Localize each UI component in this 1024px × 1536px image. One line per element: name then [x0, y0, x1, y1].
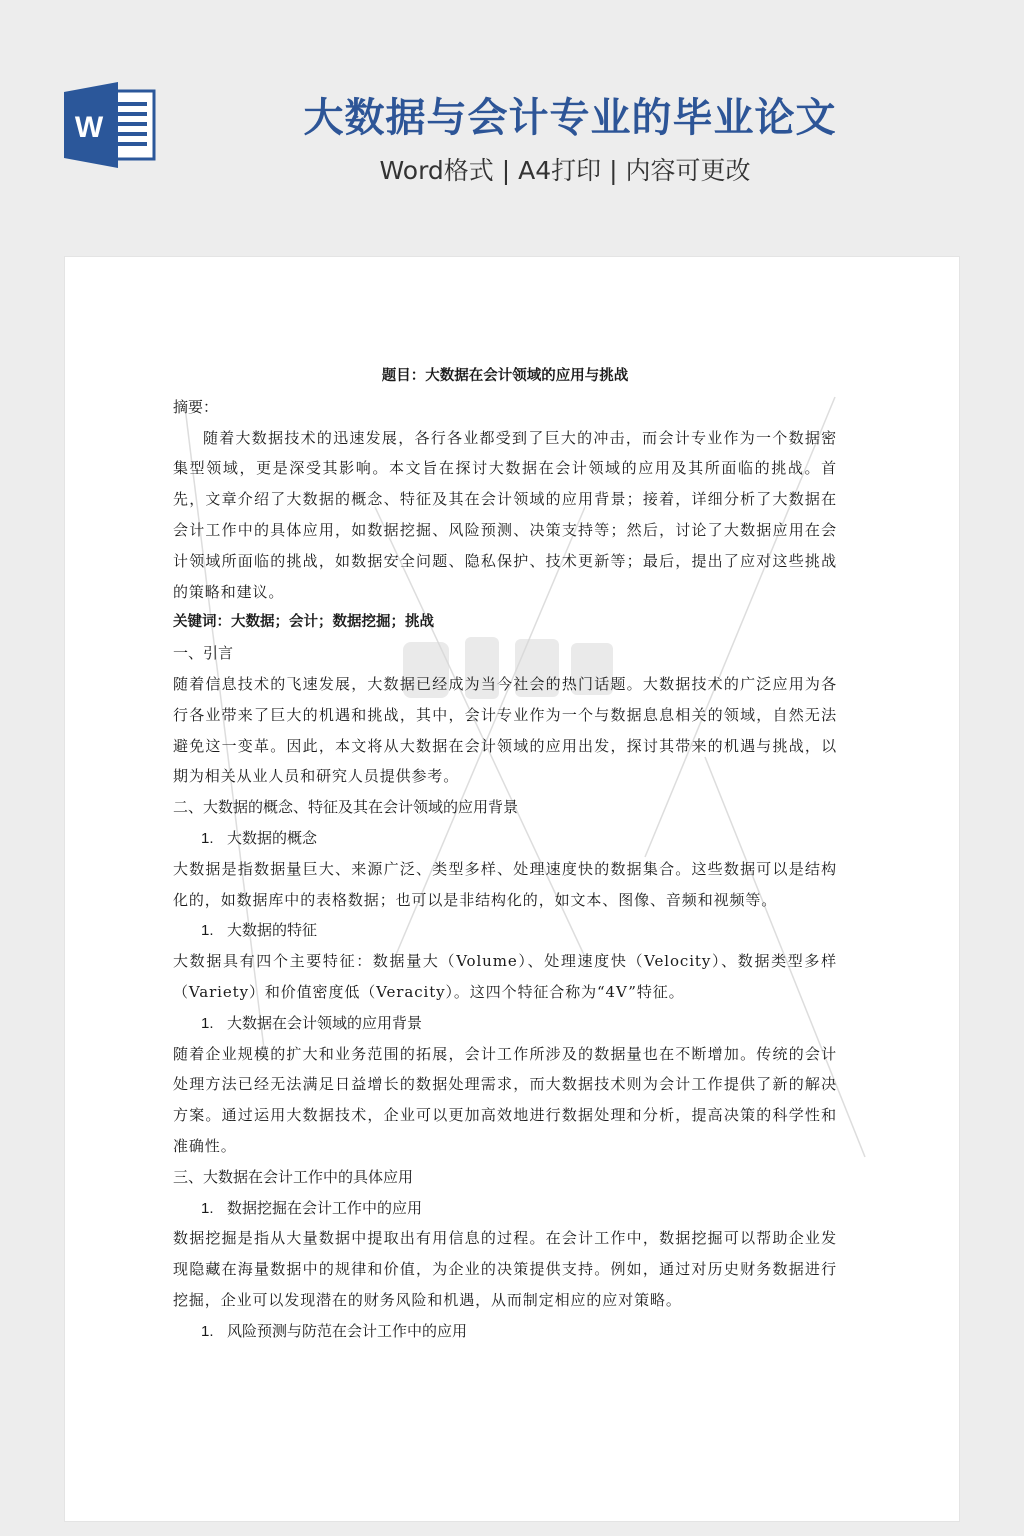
section-paragraph: 随着信息技术的飞速发展，大数据已经成为当今社会的热门话题。大数据技术的广泛应用为…: [173, 669, 837, 792]
subsection-title: 大数据的特征: [227, 921, 317, 939]
section-heading: 一、引言: [173, 638, 837, 669]
subsection-paragraph: 大数据是指数据量巨大、来源广泛、类型多样、处理速度快的数据集合。这些数据可以是结…: [173, 854, 837, 916]
section-heading: 三、大数据在会计工作中的具体应用: [173, 1162, 837, 1193]
list-number: 1.: [201, 916, 227, 947]
section-heading: 二、大数据的概念、特征及其在会计领域的应用背景: [173, 792, 837, 823]
subsection-title: 大数据的概念: [227, 829, 317, 847]
subsection-paragraph: 数据挖掘是指从大量数据中提取出有用信息的过程。在会计工作中，数据挖掘可以帮助企业…: [173, 1223, 837, 1315]
preview-header: W 大数据与会计专业的毕业论文 Word格式 | A4打印 | 内容可更改: [0, 0, 1024, 256]
subsection-heading: 1.大数据的特征: [173, 915, 837, 946]
word-icon: W: [64, 82, 158, 168]
subsection-heading: 1.大数据在会计领域的应用背景: [173, 1008, 837, 1039]
page-title: 大数据与会计专业的毕业论文: [240, 92, 900, 144]
svg-text:W: W: [75, 111, 104, 144]
keywords: 关键词：大数据；会计；数据挖掘；挑战: [173, 607, 837, 638]
list-number: 1.: [201, 1009, 227, 1040]
abstract-paragraph: 随着大数据技术的迅速发展，各行各业都受到了巨大的冲击，而会计专业作为一个数据密集…: [173, 423, 837, 608]
subsection-title: 数据挖掘在会计工作中的应用: [227, 1199, 422, 1217]
subsection-heading: 1.大数据的概念: [173, 823, 837, 854]
page-subtitle: Word格式 | A4打印 | 内容可更改: [260, 152, 870, 190]
subsection-paragraph: 大数据具有四个主要特征：数据量大（Volume）、处理速度快（Velocity）…: [173, 946, 837, 1008]
subsection-title: 风险预测与防范在会计工作中的应用: [227, 1322, 467, 1340]
subsection-paragraph: 随着企业规模的扩大和业务范围的拓展，会计工作所涉及的数据量也在不断增加。传统的会…: [173, 1039, 837, 1162]
list-number: 1.: [201, 1194, 227, 1225]
subsection-heading: 1.数据挖掘在会计工作中的应用: [173, 1193, 837, 1224]
abstract-label: 摘要：: [173, 392, 837, 423]
subsection-heading: 1.风险预测与防范在会计工作中的应用: [173, 1316, 837, 1347]
subsection-title: 大数据在会计领域的应用背景: [227, 1014, 422, 1032]
document-content: 题目：大数据在会计领域的应用与挑战 摘要： 随着大数据技术的迅速发展，各行各业都…: [173, 361, 837, 1347]
document-page: 题目：大数据在会计领域的应用与挑战 摘要： 随着大数据技术的迅速发展，各行各业都…: [64, 256, 960, 1522]
document-title: 题目：大数据在会计领域的应用与挑战: [173, 361, 837, 392]
list-number: 1.: [201, 1317, 227, 1348]
list-number: 1.: [201, 824, 227, 855]
